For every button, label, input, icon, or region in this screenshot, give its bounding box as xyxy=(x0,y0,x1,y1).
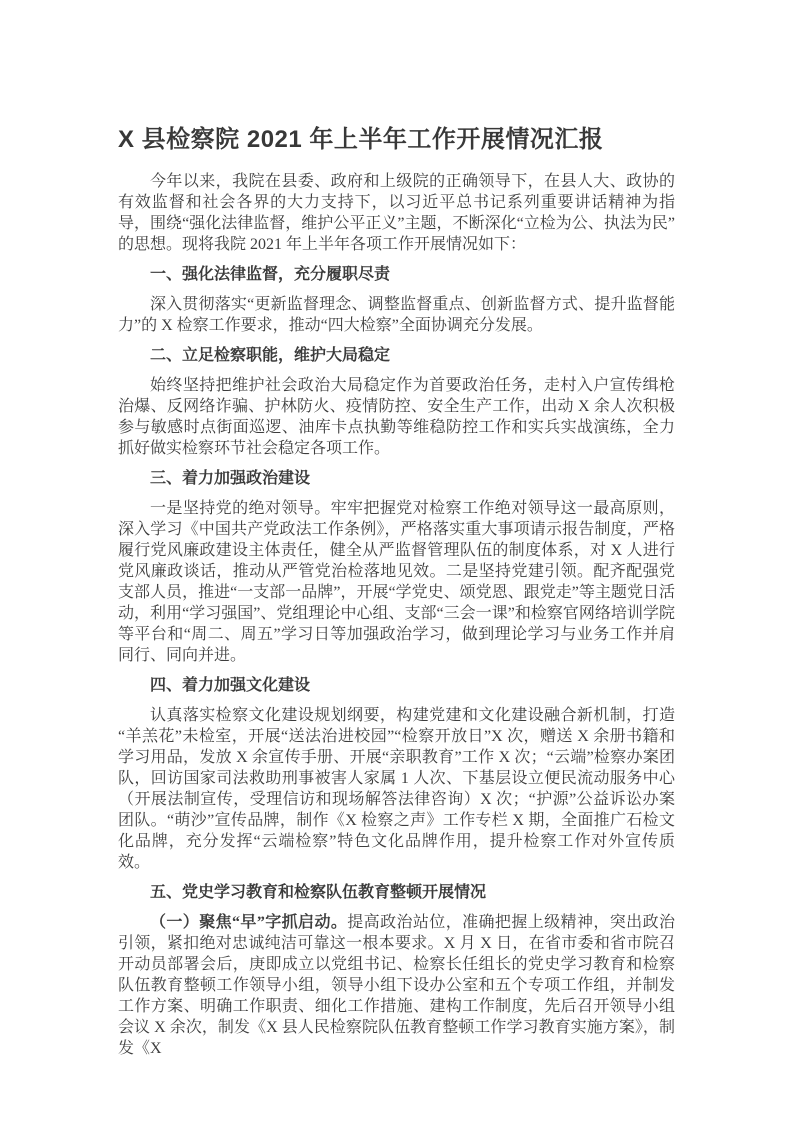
section-5-heading: 五、党史学习教育和检察队伍教育整顿开展情况 xyxy=(118,882,675,903)
section-3-heading: 三、着力加强政治建设 xyxy=(118,468,675,489)
intro-paragraph: 今年以来，我院在县委、政府和上级院的正确领导下，在县人大、政协的有效监督和社会各… xyxy=(118,171,675,255)
section-1-paragraph: 深入贯彻落实“更新监督理念、调整监督重点、创新监督方式、提升监督能力”的 X 检… xyxy=(118,294,675,336)
section-5-paragraph: （一）聚焦“早”字抓启动。提高政治站位，准确把握上级精神，突出政治引领，紧扣绝对… xyxy=(118,912,675,1059)
document-page: X 县检察院 2021 年上半年工作开展情况汇报 今年以来，我院在县委、政府和上… xyxy=(0,0,793,1122)
subsection-1-lead: （一）聚焦“早”字抓启动。 xyxy=(150,914,347,931)
section-1-heading: 一、强化法律监督，充分履职尽责 xyxy=(118,264,675,285)
section-4-paragraph: 认真落实检察文化建设规划纲要，构建党建和文化建设融合新机制，打造“羊羔花”未检室… xyxy=(118,705,675,873)
section-4-heading: 四、着力加强文化建设 xyxy=(118,675,675,696)
section-2-heading: 二、立足检察职能，维护大局稳定 xyxy=(118,345,675,366)
document-title: X 县检察院 2021 年上半年工作开展情况汇报 xyxy=(118,125,675,155)
subsection-1-text: 提高政治站位，准确把握上级精神，突出政治引领，紧扣绝对忠诚纯洁可靠这一根本要求。… xyxy=(118,914,675,1057)
section-3-paragraph: 一是坚持党的绝对领导。牢牢把握党对检察工作绝对领导这一最高原则，深入学习《中国共… xyxy=(118,498,675,666)
section-2-paragraph: 始终坚持把维护社会政治大局稳定作为首要政治任务，走村入户宣传缉枪治爆、反网络诈骗… xyxy=(118,375,675,459)
